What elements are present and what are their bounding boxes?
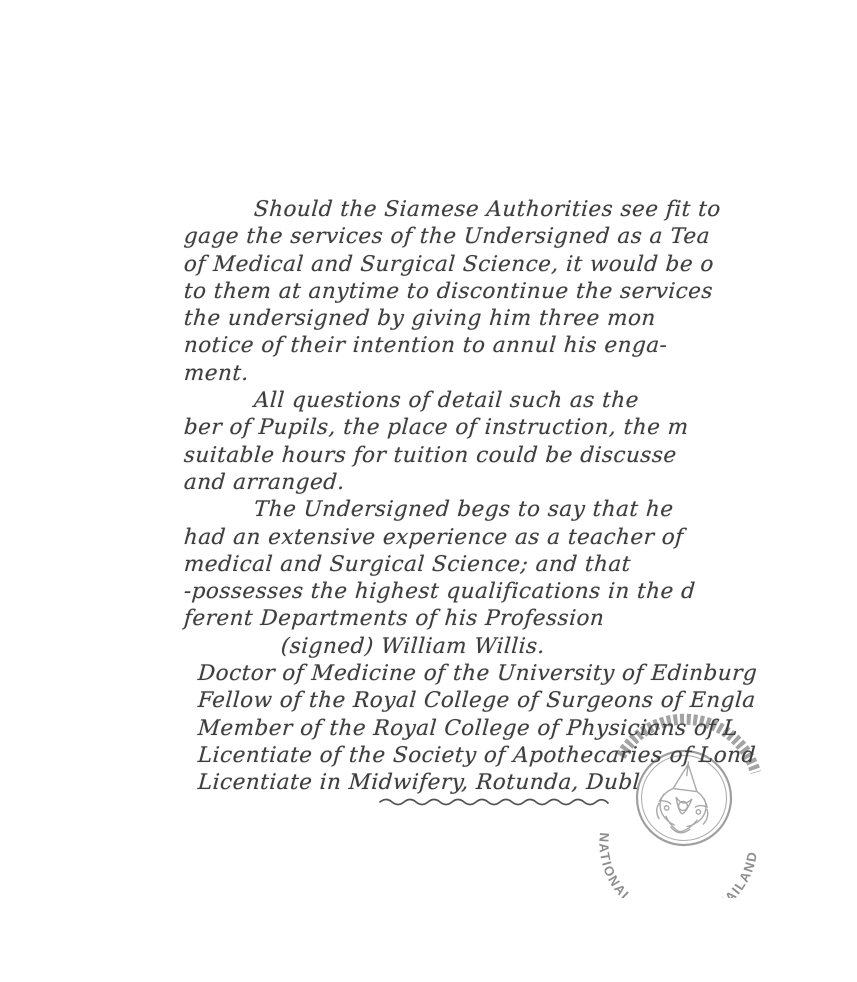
credential-line: Fellow of the Royal College of Surgeons … [183,687,785,714]
handwritten-line: medical and Surgical Science; and that [183,551,785,578]
handwritten-line: ferent Departments of his Profession [183,605,785,632]
stamp-english-text: NATIONAL ARCHIVES THAILAND [587,831,760,898]
handwritten-line: notice of their intention to annul his e… [183,332,785,359]
handwritten-line: and arranged. [183,469,785,496]
wavy-flourish [378,793,616,809]
handwritten-line: gage the services of the Undersigned as … [183,223,785,250]
scanned-letter-page: NATIONAL ARCHIVES THAILAND Should the Si… [0,0,857,982]
handwritten-line: suitable hours for tuition could be disc… [183,442,785,469]
handwritten-line: The Undersigned begs to say that he [183,496,785,523]
handwritten-line: ment. [183,360,785,387]
handwritten-line: -possesses the highest qualifications in… [183,578,785,605]
credential-line: Doctor of Medicine of the University of … [183,660,785,687]
svg-text:NATIONAL ARCHIVES THAILAND: NATIONAL ARCHIVES THAILAND [587,831,760,898]
handwritten-line: the undersigned by giving him three mon [183,305,785,332]
signature-line: (signed) William Willis. [183,633,785,660]
letter-body: Should the Siamese Authorities see fit t… [183,196,783,797]
credential-line: Member of the Royal College of Physician… [183,715,785,742]
handwritten-line: had an extensive experience as a teacher… [183,524,785,551]
handwritten-line: Should the Siamese Authorities see fit t… [183,196,785,223]
credential-line: Licentiate of the Society of Apothecarie… [183,742,785,769]
handwritten-line: ber of Pupils, the place of instruction,… [183,414,785,441]
handwritten-line: of Medical and Surgical Science, it woul… [183,251,785,278]
handwritten-line: All questions of detail such as the [183,387,785,414]
handwritten-line: to them at anytime to discontinue the se… [183,278,785,305]
